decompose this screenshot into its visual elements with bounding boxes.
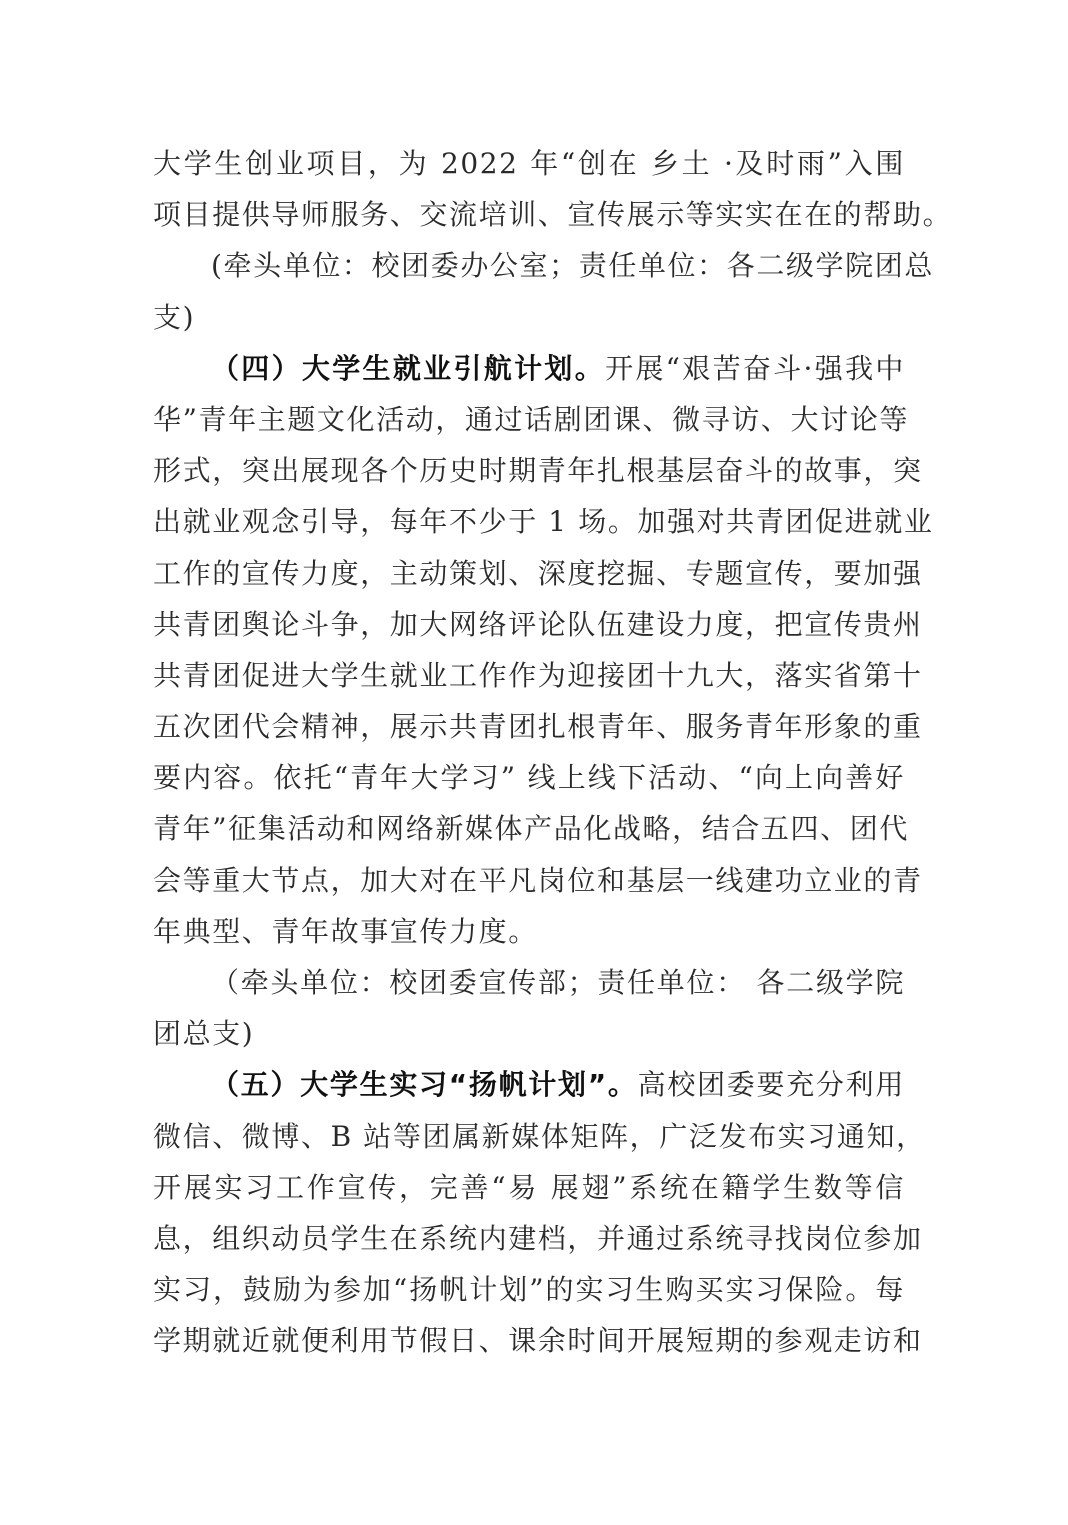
paragraph-line: 形式，突出展现各个历史时期青年扎根基层奋斗的故事，突 xyxy=(153,445,905,496)
paragraph-line: 华”青年主题文化活动，通过话剧团课、微寻访、大讨论等 xyxy=(153,394,905,445)
paragraph-line: 青年”征集活动和网络新媒体产品化战略，结合五四、团代 xyxy=(153,803,905,854)
section-4-heading: （四）大学生就业引航计划。 xyxy=(211,352,605,385)
responsibility-note: （牵头单位：校团委宣传部；责任单位： 各二级学院 xyxy=(153,957,905,1008)
paragraph-line: 项目提供导师服务、交流培训、宣传展示等实实在在的帮助。 xyxy=(153,189,905,240)
paragraph-line: 会等重大节点，加大对在平凡岗位和基层一线建功立业的青 xyxy=(153,855,905,906)
responsibility-note-end: 团总支) xyxy=(153,1008,905,1059)
paragraph-line: 实习，鼓励为参加“扬帆计划”的实习生购买实习保险。每 xyxy=(153,1264,905,1315)
paragraph-line: 共青团舆论斗争，加大网络评论队伍建设力度，把宣传贵州 xyxy=(153,599,905,650)
section-5-heading: （五）大学生实习“扬帆计划”。 xyxy=(211,1068,638,1101)
paragraph-line-last: 年典型、青年故事宣传力度。 xyxy=(153,906,905,957)
section-5-first-line: （五）大学生实习“扬帆计划”。高校团委要充分利用 xyxy=(153,1059,905,1110)
paragraph-line: 大学生创业项目，为 2022 年“创在 乡土 ·及时雨”入围 xyxy=(153,138,905,189)
paragraph-line: 五次团代会精神，展示共青团扎根青年、服务青年形象的重 xyxy=(153,701,905,752)
section-4-first-line-text: 开展“艰苦奋斗·强我中 xyxy=(605,352,905,385)
paragraph-line: 要内容。依托“青年大学习” 线上线下活动、“向上向善好 xyxy=(153,752,905,803)
document-page: 大学生创业项目，为 2022 年“创在 乡土 ·及时雨”入围 项目提供导师服务、… xyxy=(153,138,905,1367)
paragraph-line: 微信、微博、B 站等团属新媒体矩阵，广泛发布实习通知， xyxy=(153,1111,905,1162)
responsibility-note-end: 支) xyxy=(153,292,905,343)
responsibility-note: (牵头单位：校团委办公室；责任单位：各二级学院团总 xyxy=(153,240,905,291)
paragraph-line: 出就业观念引导，每年不少于 1 场。加强对共青团促进就业 xyxy=(153,496,905,547)
paragraph-line: 共青团促进大学生就业工作作为迎接团十九大，落实省第十 xyxy=(153,650,905,701)
paragraph-line: 息，组织动员学生在系统内建档，并通过系统寻找岗位参加 xyxy=(153,1213,905,1264)
paragraph-line: 学期就近就便利用节假日、课余时间开展短期的参观走访和 xyxy=(153,1315,905,1366)
section-5-first-line-text: 高校团委要充分利用 xyxy=(638,1068,905,1101)
paragraph-line: 开展实习工作宣传，完善“易 展翅”系统在籍学生数等信 xyxy=(153,1162,905,1213)
section-4-first-line: （四）大学生就业引航计划。开展“艰苦奋斗·强我中 xyxy=(153,343,905,394)
paragraph-line: 工作的宣传力度，主动策划、深度挖掘、专题宣传，要加强 xyxy=(153,548,905,599)
